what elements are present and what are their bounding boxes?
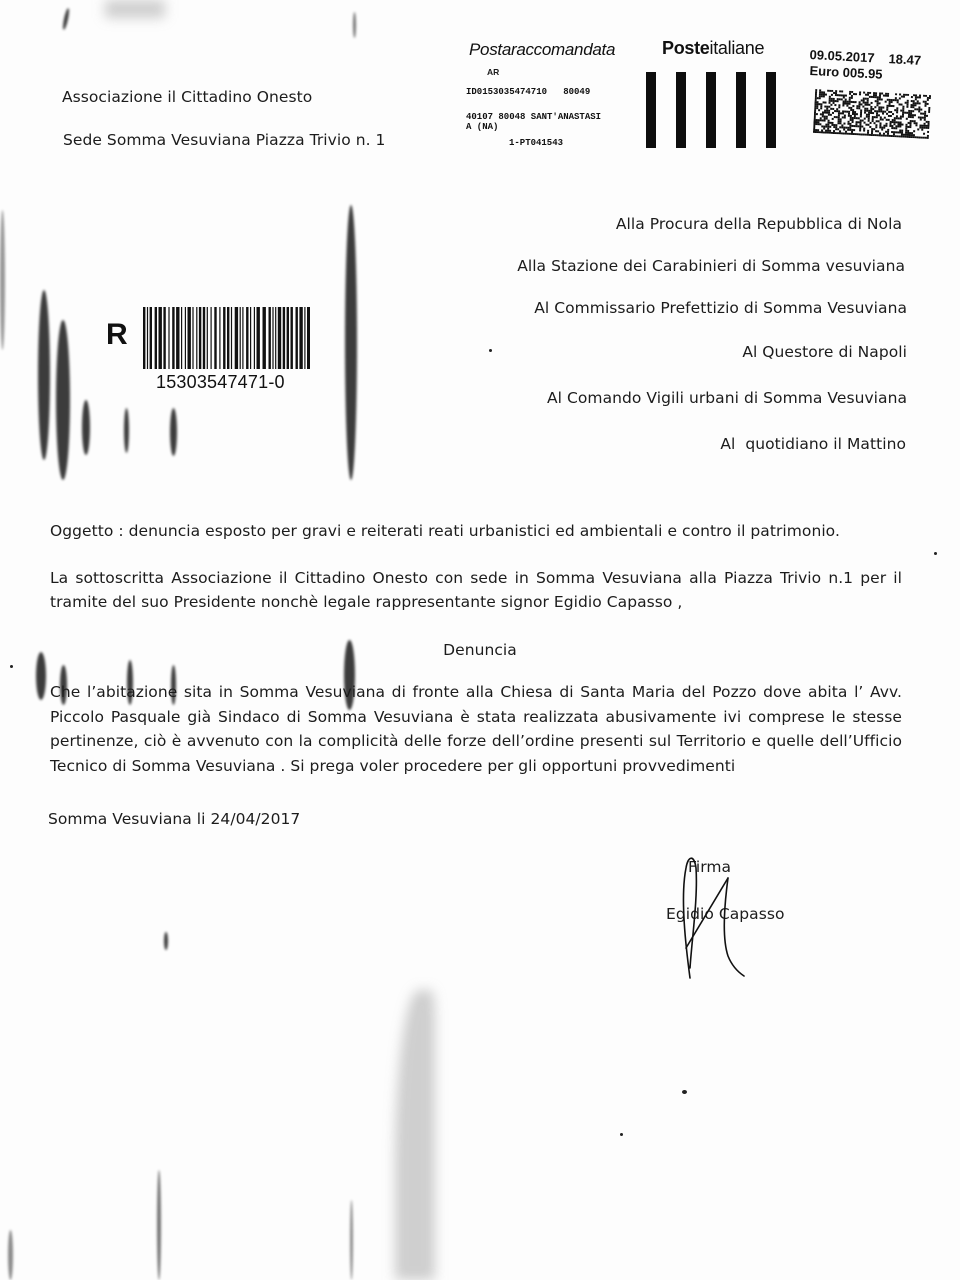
scan-mark bbox=[62, 8, 70, 30]
scan-mark bbox=[0, 210, 5, 350]
postal-office-line2: A (NA) bbox=[466, 122, 498, 132]
scan-smudge bbox=[395, 990, 435, 1280]
datamatrix-icon bbox=[813, 89, 931, 139]
postage-amount: Euro 005.95 bbox=[809, 63, 883, 82]
scan-mark bbox=[38, 290, 50, 460]
sender-address: Sede Somma Vesuviana Piazza Trivio n. 1 bbox=[63, 131, 385, 149]
postal-service-code: AR bbox=[487, 67, 499, 77]
scan-mark bbox=[56, 320, 70, 480]
subject-line: Oggetto : denuncia esposto per gravi e r… bbox=[50, 522, 840, 540]
recipient: Al Commissario Prefettizio di Somma Vesu… bbox=[534, 299, 907, 317]
poste-italiane-logo: Posteitaliane bbox=[662, 38, 764, 59]
postal-office-code: 1-PT041543 bbox=[509, 138, 563, 148]
logo-light-part: italiane bbox=[710, 38, 765, 58]
barcode-icon bbox=[143, 307, 310, 369]
scan-mark bbox=[8, 1230, 13, 1280]
sender-name: Associazione il Cittadino Onesto bbox=[62, 88, 312, 106]
section-heading: Denuncia bbox=[0, 641, 960, 659]
scan-mark bbox=[350, 1200, 353, 1280]
recipient: Alla Procura della Repubblica di Nola bbox=[616, 215, 902, 233]
place-date: Somma Vesuviana li 24/04/2017 bbox=[48, 810, 300, 828]
registered-number: 15303547471-0 bbox=[156, 372, 285, 393]
scan-mark bbox=[164, 932, 168, 950]
scan-mark bbox=[353, 12, 356, 38]
scan-mark bbox=[345, 205, 357, 480]
recipient: Al Questore di Napoli bbox=[742, 343, 907, 361]
scan-dot bbox=[10, 665, 13, 668]
scan-dot bbox=[934, 552, 937, 555]
postal-tracking-line: ID0153035474710 80049 bbox=[466, 87, 590, 97]
recipient: Al Comando Vigili urbani di Somma Vesuvi… bbox=[547, 389, 907, 407]
complaint-paragraph: Che l’abitazione sita in Somma Vesuviana… bbox=[50, 680, 902, 778]
postal-service-name: Postaraccomandata bbox=[469, 40, 615, 60]
scan-dot bbox=[682, 1090, 687, 1094]
postage-time: 18.47 bbox=[888, 51, 921, 68]
scan-dot bbox=[489, 349, 492, 352]
scan-smudge bbox=[105, 0, 165, 18]
scan-dot bbox=[620, 1133, 623, 1136]
intro-paragraph: La sottoscritta Associazione il Cittadin… bbox=[50, 566, 902, 614]
scan-mark bbox=[157, 1170, 161, 1280]
logo-bold-part: Poste bbox=[662, 38, 710, 58]
postal-office-line1: 40107 80048 SANT'ANASTASI bbox=[466, 112, 601, 122]
scan-mark bbox=[170, 408, 177, 456]
scan-mark bbox=[124, 408, 129, 453]
registered-letter: R bbox=[106, 318, 128, 352]
heading-text: Denuncia bbox=[443, 641, 517, 659]
handwritten-signature-icon bbox=[650, 838, 760, 988]
recipient: Alla Stazione dei Carabinieri di Somma v… bbox=[517, 257, 905, 275]
recipient: Al quotidiano il Mattino bbox=[720, 435, 906, 453]
scan-mark bbox=[82, 400, 90, 455]
scan-mark bbox=[36, 652, 46, 700]
